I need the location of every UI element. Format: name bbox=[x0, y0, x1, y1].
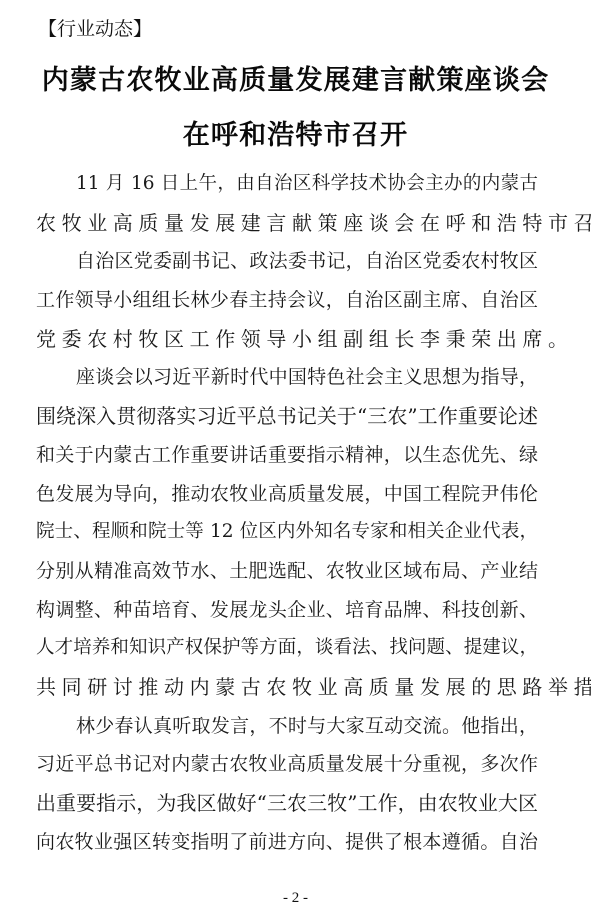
body-line: 11 月 16 日上午，由自治区科学技术协会主办的内蒙古 bbox=[36, 165, 538, 204]
body-line: 分别从精准高效节水、土肥选配、农牧业区域布局、产业结 bbox=[36, 552, 538, 591]
body-line: 共同研讨推动内蒙古农牧业高质量发展的思路举措。 bbox=[36, 668, 538, 707]
headline-line-1: 内蒙古农牧业高质量发展建言献策座谈会 bbox=[0, 63, 591, 99]
body-line: 院士、程顺和院士等 12 位区内外知名专家和相关企业代表， bbox=[36, 513, 538, 552]
body-line: 党委农村牧区工作领导小组副组长李秉荣出席。 bbox=[36, 320, 538, 359]
body-line: 构调整、种苗培育、发展龙头企业、培育品牌、科技创新、 bbox=[36, 591, 538, 630]
body-line: 出重要指示，为我区做好“三农三牧”工作，由农牧业大区 bbox=[36, 784, 538, 823]
body-line: 座谈会以习近平新时代中国特色社会主义思想为指导， bbox=[36, 358, 538, 397]
body-line: 习近平总书记对内蒙古农牧业高质量发展十分重视，多次作 bbox=[36, 745, 538, 784]
document-page: 【行业动态】 内蒙古农牧业高质量发展建言献策座谈会 在呼和浩特市召开 11 月 … bbox=[0, 0, 591, 913]
body-line: 人才培养和知识产权保护等方面，谈看法、找问题、提建议， bbox=[36, 629, 538, 668]
page-number: - 2 - bbox=[0, 889, 591, 907]
body-line: 自治区党委副书记、政法委书记，自治区党委农村牧区 bbox=[36, 242, 538, 281]
body-line: 色发展为导向，推动农牧业高质量发展，中国工程院尹伟伦 bbox=[36, 475, 538, 514]
article-body: 11 月 16 日上午，由自治区科学技术协会主办的内蒙古农牧业高质量发展建言献策… bbox=[36, 165, 538, 861]
section-tag: 【行业动态】 bbox=[38, 16, 152, 42]
body-line: 农牧业高质量发展建言献策座谈会在呼和浩特市召开。 bbox=[36, 204, 538, 243]
body-line: 林少春认真听取发言，不时与大家互动交流。他指出， bbox=[36, 707, 538, 746]
body-line: 围绕深入贯彻落实习近平总书记关于“三农”工作重要论述 bbox=[36, 397, 538, 436]
body-line: 和关于内蒙古工作重要讲话重要指示精神，以生态优先、绿 bbox=[36, 436, 538, 475]
headline-line-2: 在呼和浩特市召开 bbox=[0, 118, 591, 154]
body-line: 工作领导小组组长林少春主持会议，自治区副主席、自治区 bbox=[36, 281, 538, 320]
body-line: 向农牧业强区转变指明了前进方向、提供了根本遵循。自治 bbox=[36, 823, 538, 862]
